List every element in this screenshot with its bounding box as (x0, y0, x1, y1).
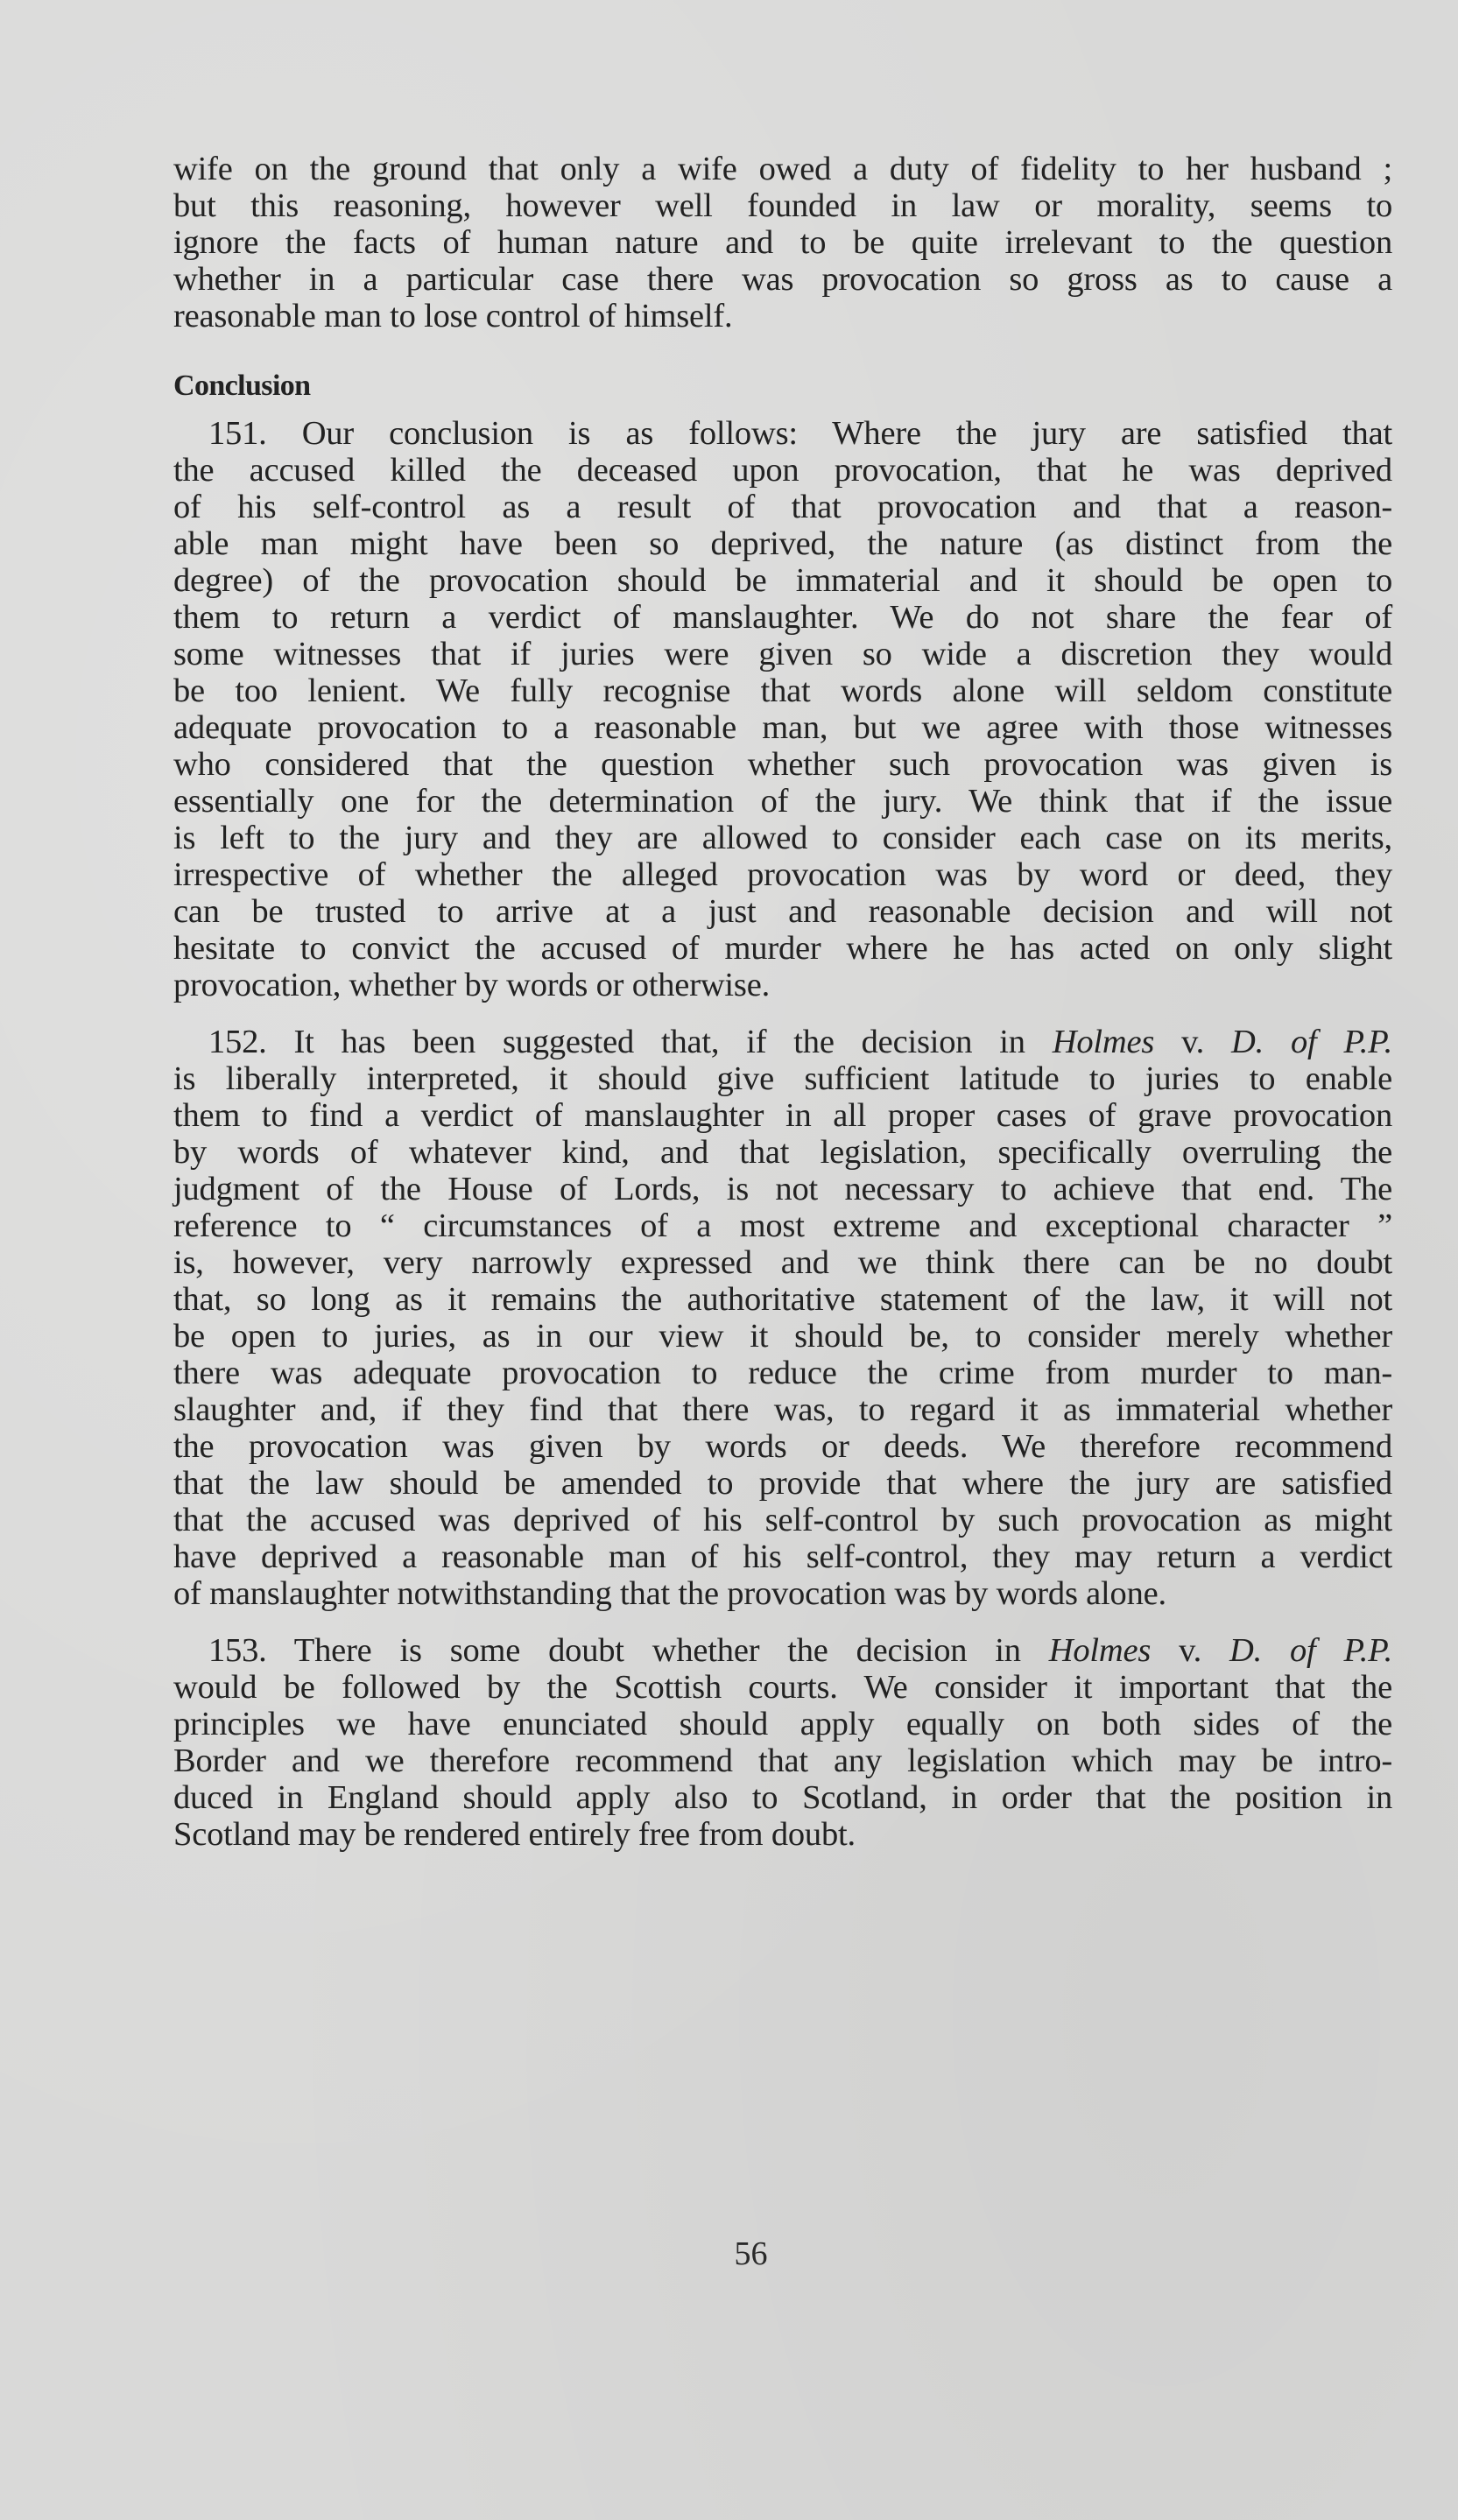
paragraph-153: 153. There is some doubt whether the dec… (173, 1632, 1392, 1853)
text-run: Scotland may be rendered entirely free f… (173, 1816, 856, 1853)
text-run: some witnesses that if juries were given… (173, 636, 1392, 672)
text-line: that the law should be amended to provid… (173, 1465, 1392, 1502)
text-line: 153. There is some doubt whether the dec… (173, 1632, 1392, 1669)
text-run: by words of whatever kind, and that legi… (173, 1134, 1392, 1171)
text-line: hesitate to convict the accused of murde… (173, 930, 1392, 967)
text-run: duced in England should apply also to Sc… (173, 1779, 1392, 1816)
text-line: provocation, whether by words or otherwi… (173, 967, 1392, 1003)
text-run: Border and we therefore recommend that a… (173, 1742, 1392, 1779)
text-run: of his self-control as a result of that … (173, 489, 1392, 525)
text-line: is liberally interpreted, it should give… (173, 1060, 1392, 1097)
text-line: Border and we therefore recommend that a… (173, 1742, 1392, 1779)
text-line: that the accused was deprived of his sel… (173, 1502, 1392, 1538)
text-line: be open to juries, as in our view it sho… (173, 1318, 1392, 1355)
text-run: adequate provocation to a reasonable man… (173, 709, 1392, 746)
text-run: is, however, very narrowly expressed and… (173, 1244, 1392, 1281)
text-line: whether in a particular case there was p… (173, 261, 1392, 298)
text-line: of manslaughter notwithstanding that the… (173, 1575, 1392, 1612)
text-run: irrespective of whether the alleged prov… (173, 856, 1392, 893)
text-run: them to find a verdict of manslaughter i… (173, 1097, 1392, 1134)
text-run: the accused killed the deceased upon pro… (173, 452, 1392, 489)
text-line: 152. It has been suggested that, if the … (173, 1024, 1392, 1060)
text-run: ignore the facts of human nature and to … (173, 224, 1392, 261)
text-line: 151. Our conclusion is as follows: Where… (173, 415, 1392, 452)
text-line: principles we have enunciated should app… (173, 1706, 1392, 1742)
paragraph-151: 151. Our conclusion is as follows: Where… (173, 415, 1392, 1003)
text-line: able man might have been so deprived, th… (173, 525, 1392, 562)
text-line: can be trusted to arrive at a just and r… (173, 893, 1392, 930)
text-run: provocation, whether by words or otherwi… (173, 967, 770, 1003)
text-line: be too lenient. We fully recognise that … (173, 672, 1392, 709)
text-line: would be followed by the Scottish courts… (173, 1669, 1392, 1706)
text-run: be too lenient. We fully recognise that … (173, 672, 1392, 709)
text-line: that, so long as it remains the authorit… (173, 1281, 1392, 1318)
text-line: but this reasoning, however well founded… (173, 187, 1392, 224)
paragraph-152: 152. It has been suggested that, if the … (173, 1024, 1392, 1612)
text-line: who considered that the question whether… (173, 746, 1392, 783)
text-line: essentially one for the determination of… (173, 783, 1392, 820)
paragraph-continued: wife on the ground that only a wife owed… (173, 151, 1392, 334)
case-citation: D. of P.P. (1229, 1632, 1392, 1669)
text-run: hesitate to convict the accused of murde… (173, 930, 1392, 967)
text-run: but this reasoning, however well founded… (173, 187, 1392, 224)
text-line: by words of whatever kind, and that legi… (173, 1134, 1392, 1171)
text-line: is, however, very narrowly expressed and… (173, 1244, 1392, 1281)
text-line: Scotland may be rendered entirely free f… (173, 1816, 1392, 1853)
text-run: 152. It has been suggested that, if the … (208, 1024, 1053, 1060)
text-run: that, so long as it remains the authorit… (173, 1281, 1392, 1318)
text-line: the provocation was given by words or de… (173, 1428, 1392, 1465)
text-line: have deprived a reasonable man of his se… (173, 1538, 1392, 1575)
text-run: reference to “ circumstances of a most e… (173, 1207, 1392, 1244)
text-run: the provocation was given by words or de… (173, 1428, 1392, 1465)
text-run: reasonable man to lose control of himsel… (173, 298, 732, 334)
text-run: whether in a particular case there was p… (173, 261, 1392, 298)
text-line: some witnesses that if juries were given… (173, 636, 1392, 672)
text-line: the accused killed the deceased upon pro… (173, 452, 1392, 489)
text-line: reasonable man to lose control of himsel… (173, 298, 1392, 334)
text-run: is liberally interpreted, it should give… (173, 1060, 1392, 1097)
text-run: there was adequate provocation to reduce… (173, 1355, 1392, 1391)
text-run: 151. Our conclusion is as follows: Where… (208, 415, 1392, 452)
text-run: 153. There is some doubt whether the dec… (208, 1632, 1049, 1669)
text-line: of his self-control as a result of that … (173, 489, 1392, 525)
text-run: able man might have been so deprived, th… (173, 525, 1392, 562)
text-line: irrespective of whether the alleged prov… (173, 856, 1392, 893)
text-line: slaughter and, if they find that there w… (173, 1391, 1392, 1428)
text-run: wife on the ground that only a wife owed… (173, 151, 1392, 187)
text-run: degree) of the provocation should be imm… (173, 562, 1392, 599)
text-run: that the law should be amended to provid… (173, 1465, 1392, 1502)
text-run: of manslaughter notwithstanding that the… (173, 1575, 1166, 1612)
text-run: principles we have enunciated should app… (173, 1706, 1392, 1742)
text-line: them to find a verdict of manslaughter i… (173, 1097, 1392, 1134)
text-run: essentially one for the determination of… (173, 783, 1392, 820)
text-line: adequate provocation to a reasonable man… (173, 709, 1392, 746)
case-citation: Holmes (1053, 1024, 1154, 1060)
text-column: wife on the ground that only a wife owed… (173, 151, 1392, 1853)
text-run: that the accused was deprived of his sel… (173, 1502, 1392, 1538)
text-line: degree) of the provocation should be imm… (173, 562, 1392, 599)
text-run: be open to juries, as in our view it sho… (173, 1318, 1392, 1355)
text-run: them to return a verdict of manslaughter… (173, 599, 1392, 636)
section-heading: Conclusion (173, 368, 1392, 405)
document-page: wife on the ground that only a wife owed… (0, 0, 1458, 2520)
text-run: would be followed by the Scottish courts… (173, 1669, 1392, 1706)
text-run: can be trusted to arrive at a just and r… (173, 893, 1392, 930)
text-line: ignore the facts of human nature and to … (173, 224, 1392, 261)
text-line: judgment of the House of Lords, is not n… (173, 1171, 1392, 1207)
text-line: wife on the ground that only a wife owed… (173, 151, 1392, 187)
text-line: there was adequate provocation to reduce… (173, 1355, 1392, 1391)
continuation-paragraph: wife on the ground that only a wife owed… (173, 151, 1392, 334)
case-citation: Holmes (1049, 1632, 1151, 1669)
text-run: have deprived a reasonable man of his se… (173, 1538, 1392, 1575)
text-run: slaughter and, if they find that there w… (173, 1391, 1392, 1428)
text-run: is left to the jury and they are allowed… (173, 820, 1392, 856)
text-line: reference to “ circumstances of a most e… (173, 1207, 1392, 1244)
text-line: duced in England should apply also to Sc… (173, 1779, 1392, 1816)
text-run: v. (1154, 1024, 1231, 1060)
page-number: 56 (0, 2235, 1458, 2273)
case-citation: D. of P.P. (1231, 1024, 1392, 1060)
text-line: them to return a verdict of manslaughter… (173, 599, 1392, 636)
text-run: who considered that the question whether… (173, 746, 1392, 783)
text-line: is left to the jury and they are allowed… (173, 820, 1392, 856)
text-run: v. (1151, 1632, 1229, 1669)
section-paragraphs: 151. Our conclusion is as follows: Where… (173, 415, 1392, 1853)
text-run: judgment of the House of Lords, is not n… (173, 1171, 1392, 1207)
